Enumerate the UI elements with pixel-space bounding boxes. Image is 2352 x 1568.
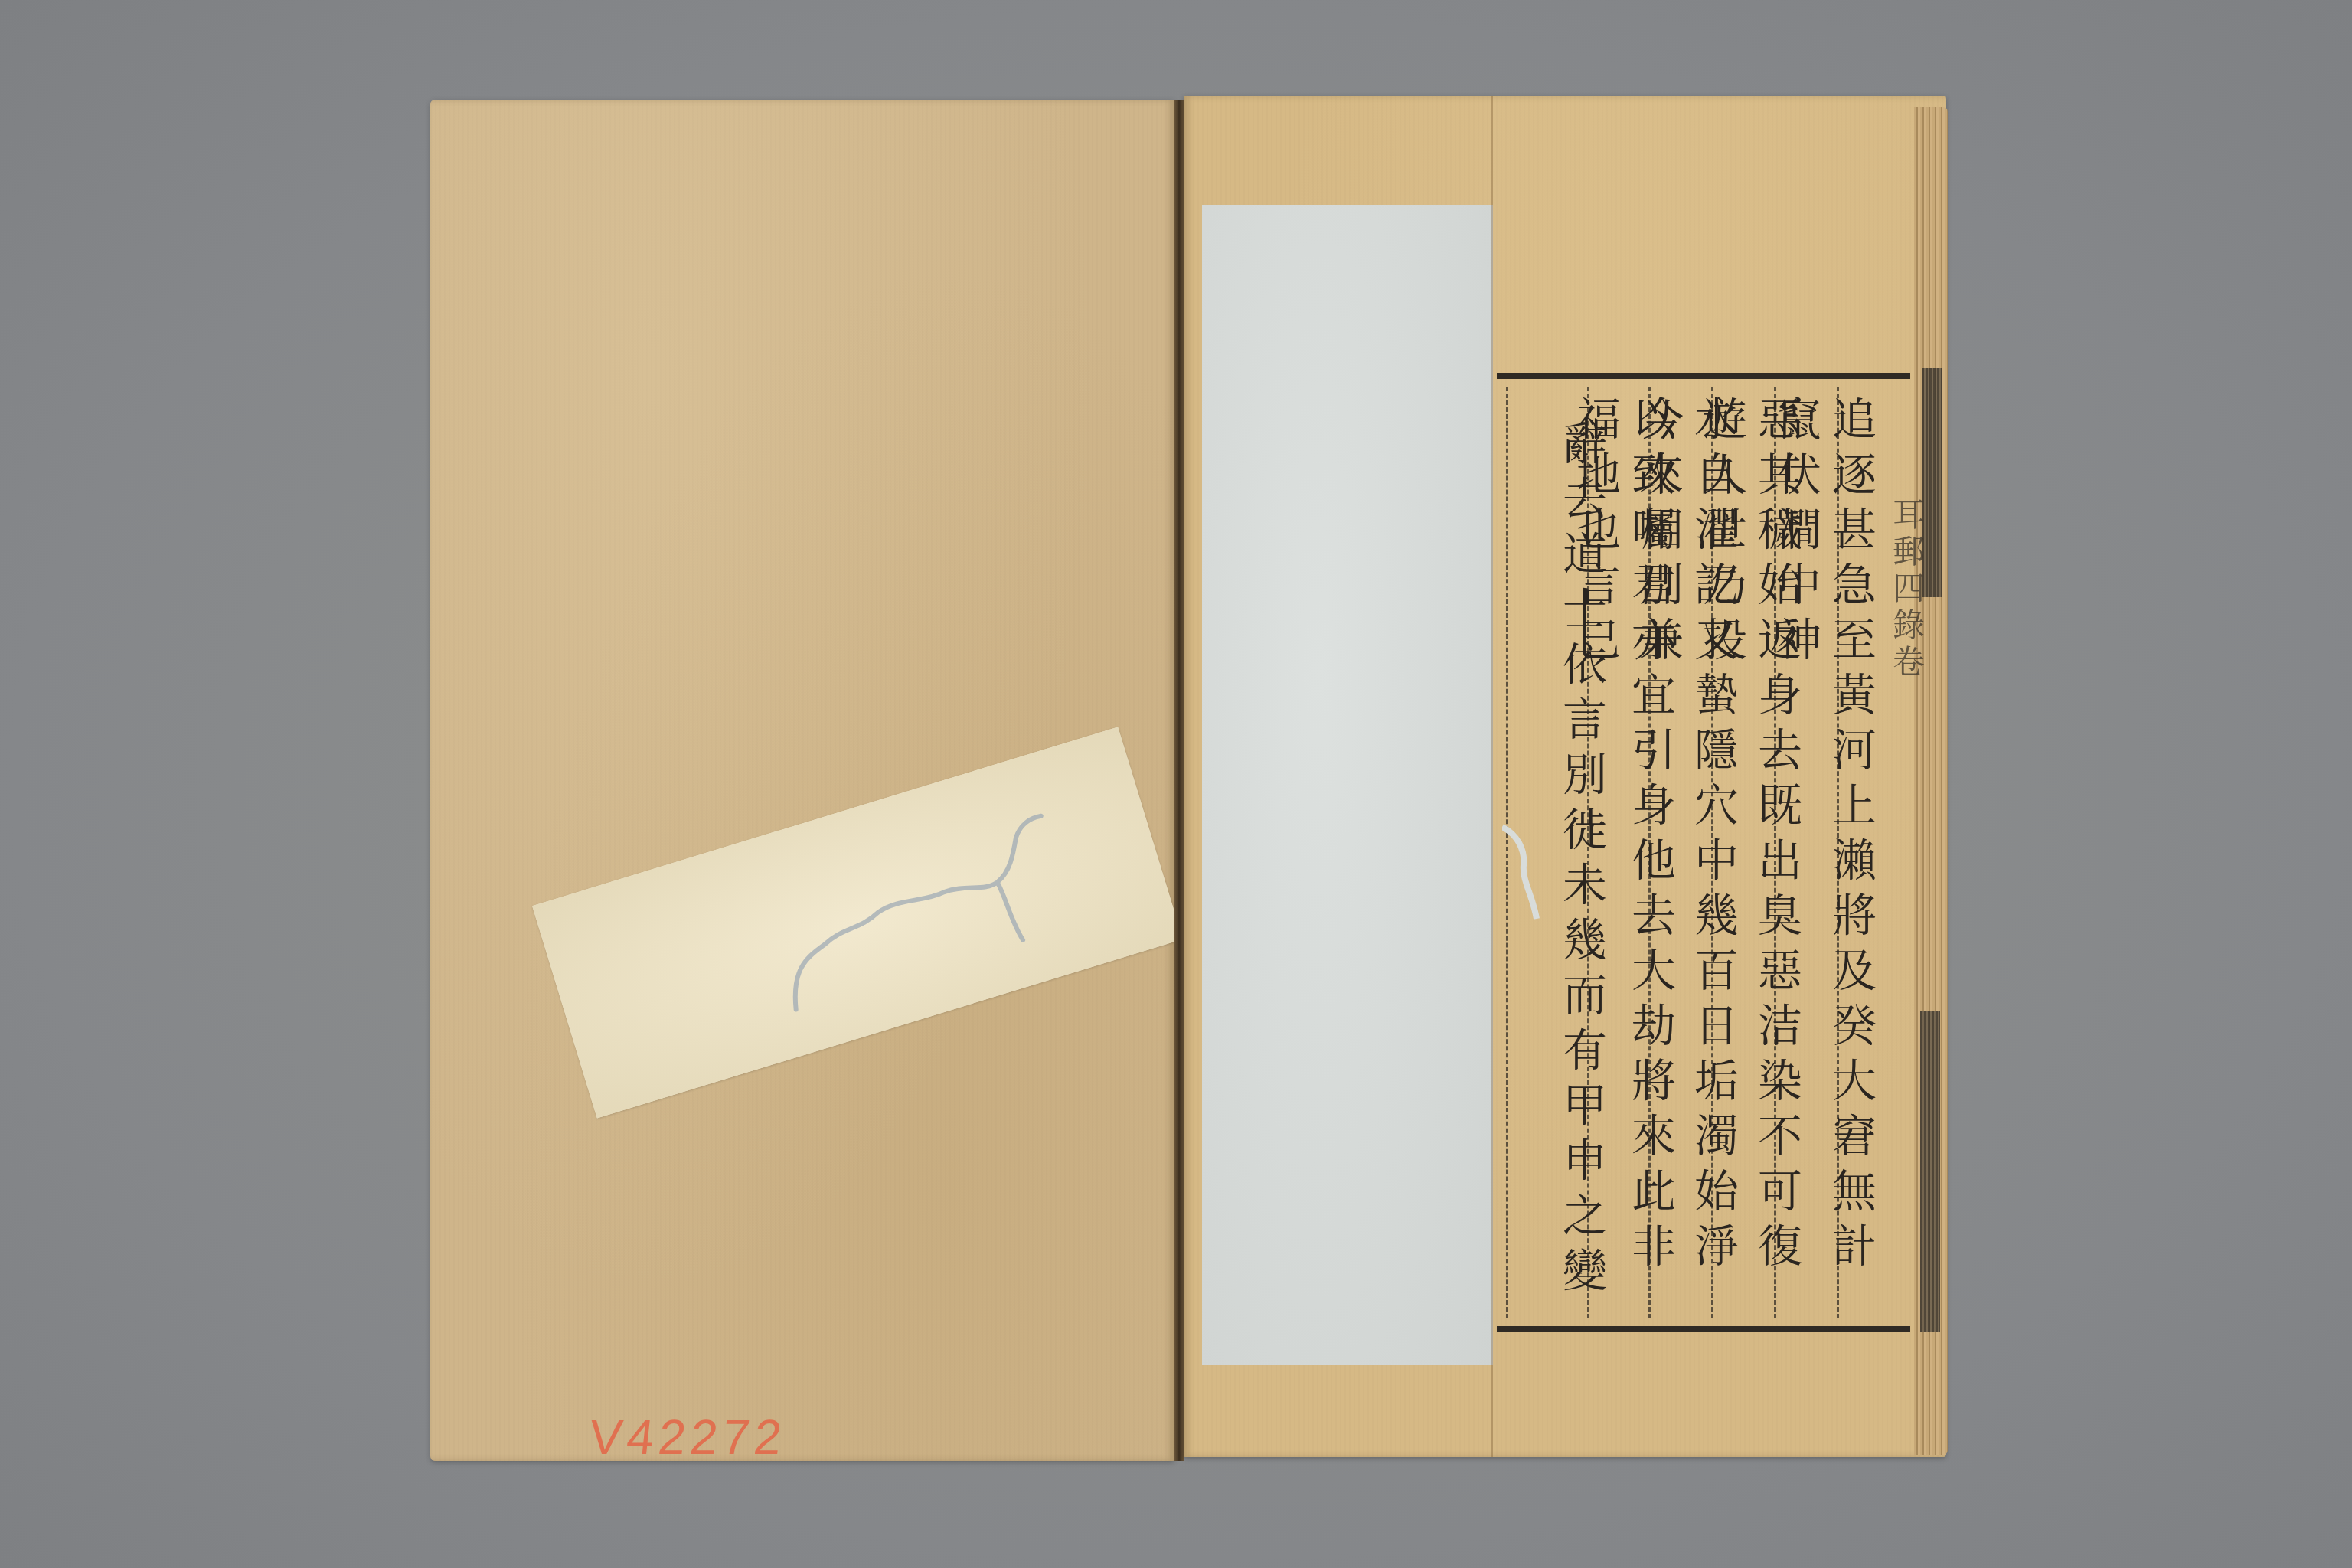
text-column-2: 惡其穢始返身去既出臭惡洁染不可復遊人世乃投	[1753, 379, 1804, 1326]
blank-grey-insert	[1202, 205, 1493, 1365]
book-spine-gutter	[1174, 100, 1184, 1461]
text-column-5: 辭去道士依言別徙未幾而有甲申之變	[1558, 379, 1609, 1326]
edge-ink-bottom	[1920, 1011, 1940, 1332]
paper-tear-icon	[1502, 819, 1556, 926]
text-column-1: 追逐甚急至黃河上瀨將及癸大窘無計竄伏澗中神	[1828, 379, 1878, 1326]
catalog-number: V42272	[586, 1409, 789, 1465]
text-column-3: 水自濯訖又蟄隱穴中幾百日垢濁始淨今來相別兼	[1690, 379, 1740, 1326]
printed-text-block: 追逐甚急至黃河上瀨將及癸大窘無計竄伏澗中神 惡其穢始返身去既出臭惡洁染不可復遊人…	[1497, 373, 1910, 1332]
margin-title: 耳郵四錄卷	[1883, 498, 1929, 681]
fold-line	[1491, 96, 1493, 1457]
text-column-4: 以致囑君亦宜引身他去大劫將來此非福地也言巳	[1627, 379, 1677, 1326]
